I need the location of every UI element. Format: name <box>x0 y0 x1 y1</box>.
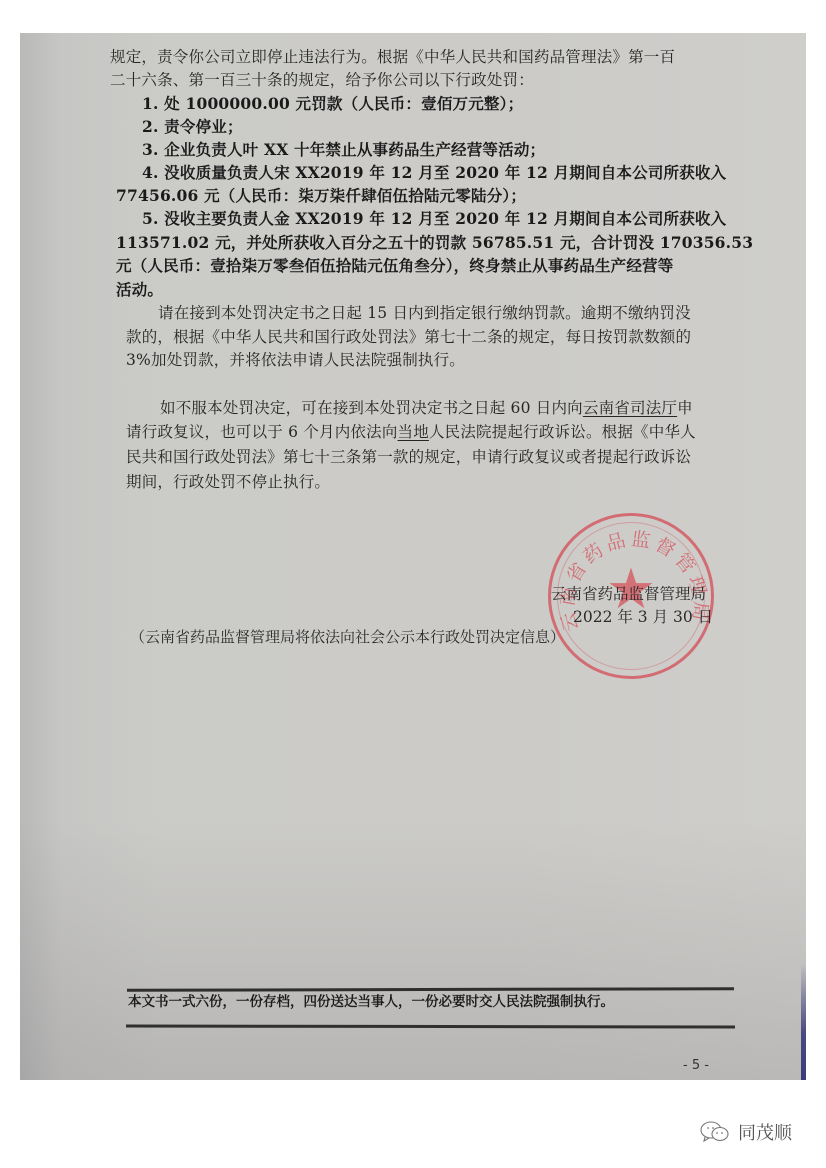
penalty-item-1: 1. 处 1000000.00 元罚款（人民币：壹佰万元整）； <box>142 93 523 115</box>
signing-authority: 云南省药品监督管理局 <box>551 583 706 605</box>
signing-date: 2022 年 3 月 30 日 <box>573 606 713 628</box>
appeal-local-court: 当地 <box>398 423 429 441</box>
penalty-item-4-cont: 77456.06 元（人民币：柒万柒仟肆佰伍拾陆元零陆分）； <box>116 185 526 207</box>
account-name: 同茂顺 <box>738 1119 792 1145</box>
payment-line-2: 款的，根据《中华人民共和国行政处罚法》第七十二条的规定，每日按罚款数额的 <box>126 326 691 348</box>
appeal-line-2-post: 人民法院提起行政诉讼。根据《中华人 <box>429 423 696 441</box>
wechat-icon <box>700 1121 730 1143</box>
appeal-line-1-post: 申 <box>677 399 693 417</box>
public-notice: （云南省药品监督管理局将依法向社会公示本行政处罚决定信息） <box>130 626 565 647</box>
penalty-item-5-cont-1: 113571.02 元，并处所获收入百分之五十的罚款 56785.51 元，合计… <box>116 232 753 254</box>
appeal-line-4: 期间，行政处罚不停止执行。 <box>126 471 330 493</box>
penalty-item-5-cont-2: 元（人民币：壹拾柒万零叁佰伍拾陆元伍角叁分），终身禁止从事药品生产经营等 <box>116 255 673 277</box>
body-line-2: 二十六条、第一百三十条的规定，给予你公司以下行政处罚： <box>110 69 534 91</box>
penalty-item-2: 2. 责令停业； <box>142 116 243 138</box>
penalty-item-5-cont-3: 活动。 <box>116 279 163 301</box>
page-number: - 5 - <box>683 1058 709 1073</box>
payment-line-3: 3%加处罚款，并将依法申请人民法院强制执行。 <box>126 349 465 371</box>
appeal-line-1-pre: 如不服本处罚决定，可在接到本处罚决定书之日起 60 日内向 <box>160 399 583 417</box>
payment-line-1: 请在接到本处罚决定书之日起 15 日内到指定银行缴纳罚款。逾期不缴纳罚没 <box>158 302 691 324</box>
appeal-line-2: 请行政复议，也可以于 6 个月内依法向当地人民法院提起行政诉讼。根据《中华人 <box>126 421 696 443</box>
background-edge <box>801 963 806 1080</box>
penalty-item-3: 3. 企业负责人叶 XX 十年禁止从事药品生产经营等活动； <box>142 139 545 161</box>
appeal-line-2-pre: 请行政复议，也可以于 6 个月内依法向 <box>126 423 398 441</box>
penalty-item-4: 4. 没收质量负责人宋 XX2019 年 12 月至 2020 年 12 月期间… <box>142 162 726 184</box>
wechat-watermark: 同茂顺 <box>700 1119 792 1145</box>
penalty-item-5: 5. 没收主要负责人金 XX2019 年 12 月至 2020 年 12 月期间… <box>142 208 726 230</box>
appeal-authority: 云南省司法厅 <box>583 399 677 417</box>
appeal-line-1: 如不服本处罚决定，可在接到本处罚决定书之日起 60 日内向云南省司法厅申 <box>160 397 693 419</box>
body-line-1: 规定，责令你公司立即停止违法行为。根据《中华人民共和国药品管理法》第一百 <box>110 46 675 68</box>
footer-note: 本文书一式六份，一份存档，四份送达当事人，一份必要时交人民法院强制执行。 <box>128 990 614 1010</box>
appeal-line-3: 民共和国行政处罚法》第七十三条第一款的规定，申请行政复议或者提起行政诉讼 <box>126 446 691 468</box>
